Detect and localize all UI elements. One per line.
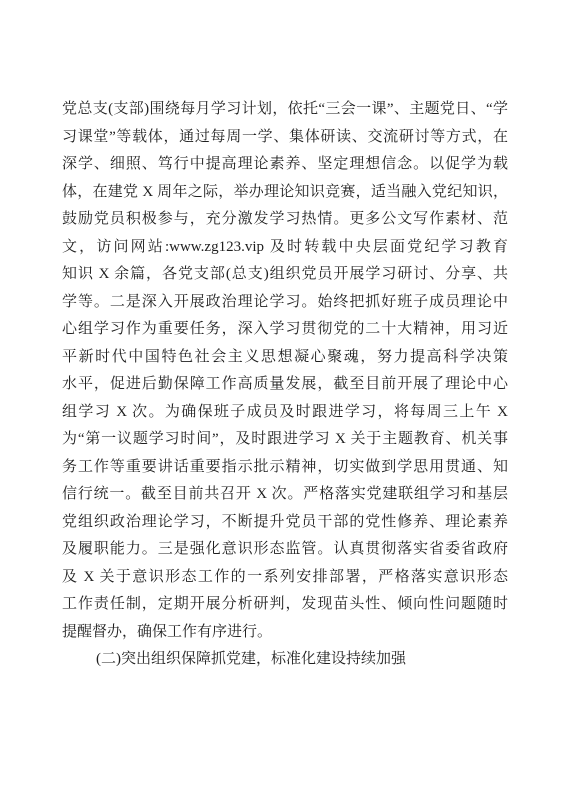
text-line: 工作责任制，定期开展分析研判，发现苗头性、倾向性问题随时 — [62, 591, 508, 619]
text-line: 提醒督办，确保工作有序进行。 — [62, 619, 508, 647]
text-line: 党总支(支部)围绕每月学习计划，依托“三会一课”、主题党日、“学 — [62, 96, 508, 124]
document-page: 党总支(支部)围绕每月学习计划，依托“三会一课”、主题党日、“学习课堂”等载体，… — [0, 0, 570, 807]
text-line: 及履职能力。三是强化意识形态监管。认真贯彻落实省委省政府 — [62, 536, 508, 564]
text-line: 及 X 关于意识形态工作的一系列安排部署，严格落实意识形态 — [62, 564, 508, 592]
document-body: 党总支(支部)围绕每月学习计划，依托“三会一课”、主题党日、“学习课堂”等载体，… — [62, 96, 508, 674]
text-line: 习课堂”等载体，通过每周一学、集体研读、交流研讨等方式，在 — [62, 124, 508, 152]
text-line: 组学习 X 次。为确保班子成员及时跟进学习，将每周三上午 X — [62, 399, 508, 427]
text-line: 水平，促进后勤保障工作高质量发展，截至目前开展了理论中心 — [62, 371, 508, 399]
text-line: 体，在建党 X 周年之际，举办理论知识竞赛，适当融入党纪知识， — [62, 179, 508, 207]
text-line: 文，访问网站:www.zg123.vip 及时转载中央层面党纪学习教育 — [62, 234, 508, 262]
text-line: 党组织政治理论学习，不断提升党员干部的党性修养、理论素养 — [62, 509, 508, 537]
text-line: 知识 X 余篇，各党支部(总支)组织党员开展学习研讨、分享、共 — [62, 261, 508, 289]
text-line: 学等。二是深入开展政治理论学习。始终把抓好班子成员理论中 — [62, 289, 508, 317]
text-line: 心组学习作为重要任务，深入学习贯彻党的二十大精神，用习近 — [62, 316, 508, 344]
paragraph: 党总支(支部)围绕每月学习计划，依托“三会一课”、主题党日、“学习课堂”等载体，… — [62, 96, 508, 646]
text-line: 为“第一议题学习时间”，及时跟进学习 X 关于主题教育、机关事 — [62, 426, 508, 454]
section-heading: (二)突出组织保障抓党建，标准化建设持续加强 — [62, 646, 508, 674]
text-line: 深学、细照、笃行中提高理论素养、坚定理想信念。以促学为载 — [62, 151, 508, 179]
text-line: 务工作等重要讲话重要指示批示精神，切实做到学思用贯通、知 — [62, 454, 508, 482]
text-line: 信行统一。截至目前共召开 X 次。严格落实党建联组学习和基层 — [62, 481, 508, 509]
text-line: 鼓励党员积极参与，充分激发学习热情。更多公文写作素材、范 — [62, 206, 508, 234]
text-line: 平新时代中国特色社会主义思想凝心聚魂，努力提高科学决策 — [62, 344, 508, 372]
